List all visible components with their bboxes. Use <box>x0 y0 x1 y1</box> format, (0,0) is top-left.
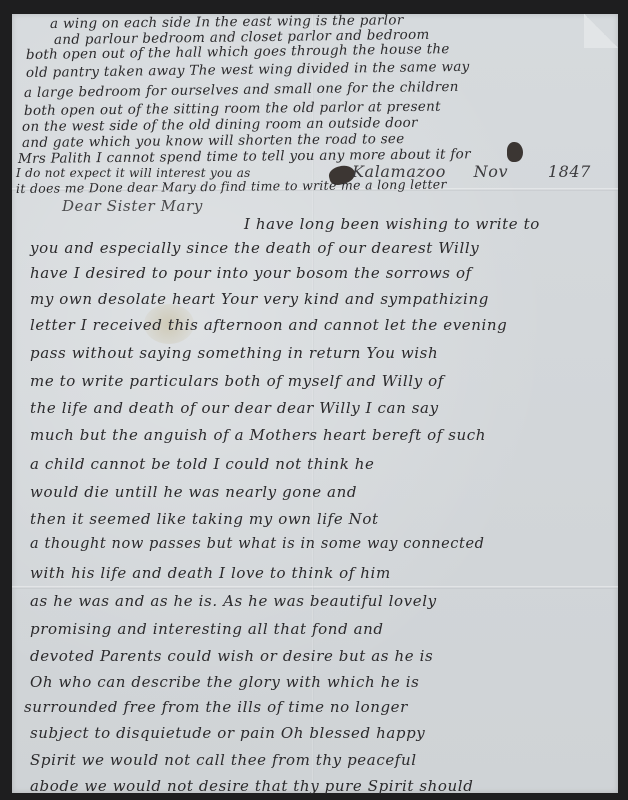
postscript-line: a large bedroom for ourselves and small … <box>24 79 459 101</box>
postscript-line: old pantry taken away The west wing divi… <box>26 59 470 81</box>
body-line: subject to disquietude or pain Oh blesse… <box>30 724 425 742</box>
fold-crease <box>12 586 618 589</box>
salutation: Dear Sister Mary <box>62 197 203 215</box>
body-line: have I desired to pour into your bosom t… <box>30 264 472 282</box>
body-line: letter I received this afternoon and can… <box>30 316 507 334</box>
body-line: Spirit we would not call thee from thy p… <box>30 751 417 769</box>
body-line: would die untill he was nearly gone and <box>30 483 357 501</box>
body-line: a child cannot be told I could not think… <box>30 455 374 473</box>
body-line: then it seemed like taking my own life N… <box>30 510 379 528</box>
place: Kalamazoo <box>352 162 446 181</box>
year: 1847 <box>548 162 591 181</box>
body-line: Oh who can describe the glory with which… <box>30 673 419 691</box>
place-date: Kalamazoo Nov 1847 <box>352 162 591 181</box>
body-line: with his life and death I love to think … <box>30 564 391 582</box>
body-line: much but the anguish of a Mothers heart … <box>30 426 486 444</box>
body-line: me to write particulars both of myself a… <box>30 372 444 390</box>
postscript-line: I do not expect it will interest you as <box>16 166 251 180</box>
folded-corner <box>584 14 618 48</box>
body-line: surrounded free from the ills of time no… <box>24 698 408 716</box>
body-line: pass without saying something in return … <box>30 344 438 362</box>
ink-blot <box>507 142 523 162</box>
body-line: as he was and as he is. As he was beauti… <box>30 592 437 610</box>
body-line: a thought now passes but what is in some… <box>30 536 485 552</box>
letter-page: a wing on each side In the east wing is … <box>12 14 618 793</box>
month: Nov <box>474 162 508 181</box>
body-line: abode we would not desire that thy pure … <box>30 777 473 795</box>
body-line: devoted Parents could wish or desire but… <box>30 647 433 665</box>
body-line: my own desolate heart Your very kind and… <box>30 290 489 308</box>
body-line: you and especially since the death of ou… <box>30 239 479 257</box>
body-line: the life and death of our dear dear Will… <box>30 399 439 417</box>
body-line: promising and interesting all that fond … <box>30 620 384 638</box>
body-line: I have long been wishing to write to <box>244 215 540 233</box>
